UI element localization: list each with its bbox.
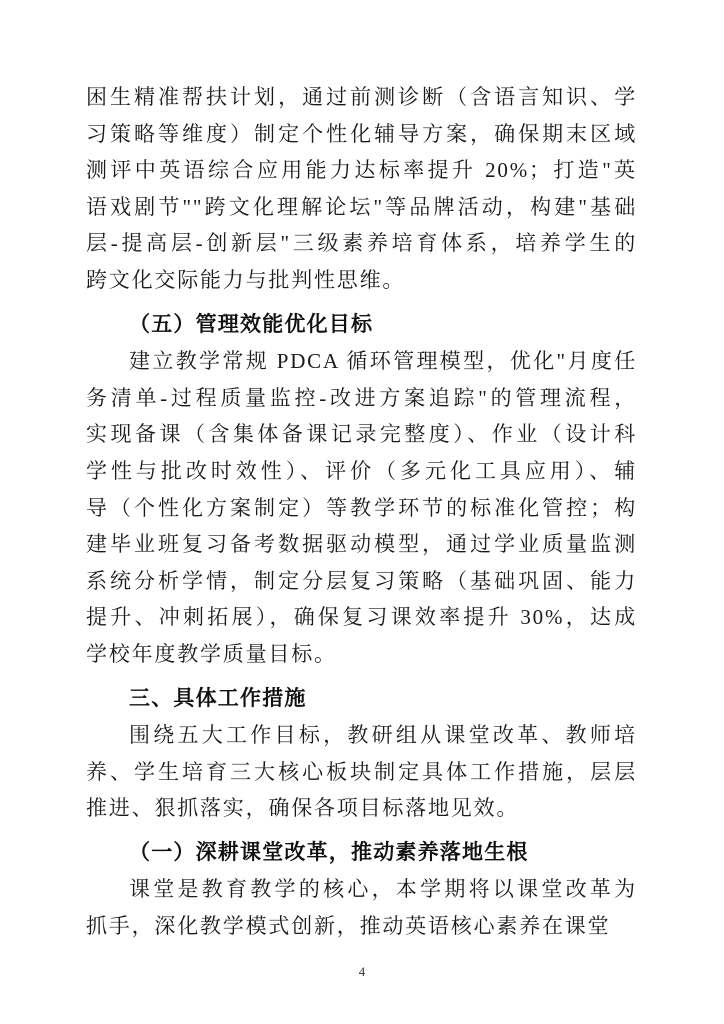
section-heading: 三、具体工作措施 <box>86 681 637 718</box>
text-line: 导（个性化方案制定）等教学环节的标准化管控；构 <box>86 490 637 527</box>
section-heading: （五）管理效能优化目标 <box>86 307 637 344</box>
text-line: 层-提高层-创新层"三级素养培育体系，培养学生的 <box>86 225 637 262</box>
paragraph: 课堂是教育教学的核心，本学期将以课堂改革为抓手，深化教学模式创新，推动英语核心素… <box>86 871 637 944</box>
text-line: 建毕业班复习备考数据驱动模型，通过学业质量监测 <box>86 526 637 563</box>
text-line: 实现备课（含集体备课记录完整度）、作业（设计科 <box>86 416 637 453</box>
text-line: 困生精准帮扶计划，通过前测诊断（含语言知识、学 <box>86 79 637 116</box>
text-line: 课堂是教育教学的核心，本学期将以课堂改革为 <box>86 871 637 908</box>
text-line: 学校年度教学质量目标。 <box>86 636 637 673</box>
text-line: 提升、冲刺拓展），确保复习课效率提升 30%，达成 <box>86 599 637 636</box>
text-line: 测评中英语综合应用能力达标率提升 20%；打造"英 <box>86 152 637 189</box>
text-line: 语戏剧节""跨文化理解论坛"等品牌活动，构建"基础 <box>86 189 637 226</box>
paragraph: 围绕五大工作目标，教研组从课堂改革、教师培养、学生培育三大核心板块制定具体工作措… <box>86 717 637 827</box>
section-heading: （一）深耕课堂改革，推动素养落地生根 <box>86 835 637 872</box>
text-line: 务清单-过程质量监控-改进方案追踪"的管理流程， <box>86 380 637 417</box>
text-line: 围绕五大工作目标，教研组从课堂改革、教师培 <box>86 717 637 754</box>
text-line: 建立教学常规 PDCA 循环管理模型，优化"月度任 <box>86 343 637 380</box>
text-line: 习策略等维度）制定个性化辅导方案，确保期末区域 <box>86 116 637 153</box>
document-body: 困生精准帮扶计划，通过前测诊断（含语言知识、学习策略等维度）制定个性化辅导方案，… <box>86 79 637 945</box>
paragraph: 困生精准帮扶计划，通过前测诊断（含语言知识、学习策略等维度）制定个性化辅导方案，… <box>86 79 637 299</box>
text-line: 跨文化交际能力与批判性思维。 <box>86 262 637 299</box>
text-line: 抓手，深化教学模式创新，推动英语核心素养在课堂 <box>86 908 637 945</box>
text-line: 推进、狠抓落实，确保各项目标落地见效。 <box>86 790 637 827</box>
text-line: 系统分析学情，制定分层复习策略（基础巩固、能力 <box>86 563 637 600</box>
paragraph: 建立教学常规 PDCA 循环管理模型，优化"月度任务清单-过程质量监控-改进方案… <box>86 343 637 672</box>
text-line: 养、学生培育三大核心板块制定具体工作措施，层层 <box>86 754 637 791</box>
text-line: 学性与批改时效性）、评价（多元化工具应用）、辅 <box>86 453 637 490</box>
page-number: 4 <box>0 964 724 980</box>
document-page: 困生精准帮扶计划，通过前测诊断（含语言知识、学习策略等维度）制定个性化辅导方案，… <box>0 0 724 1024</box>
